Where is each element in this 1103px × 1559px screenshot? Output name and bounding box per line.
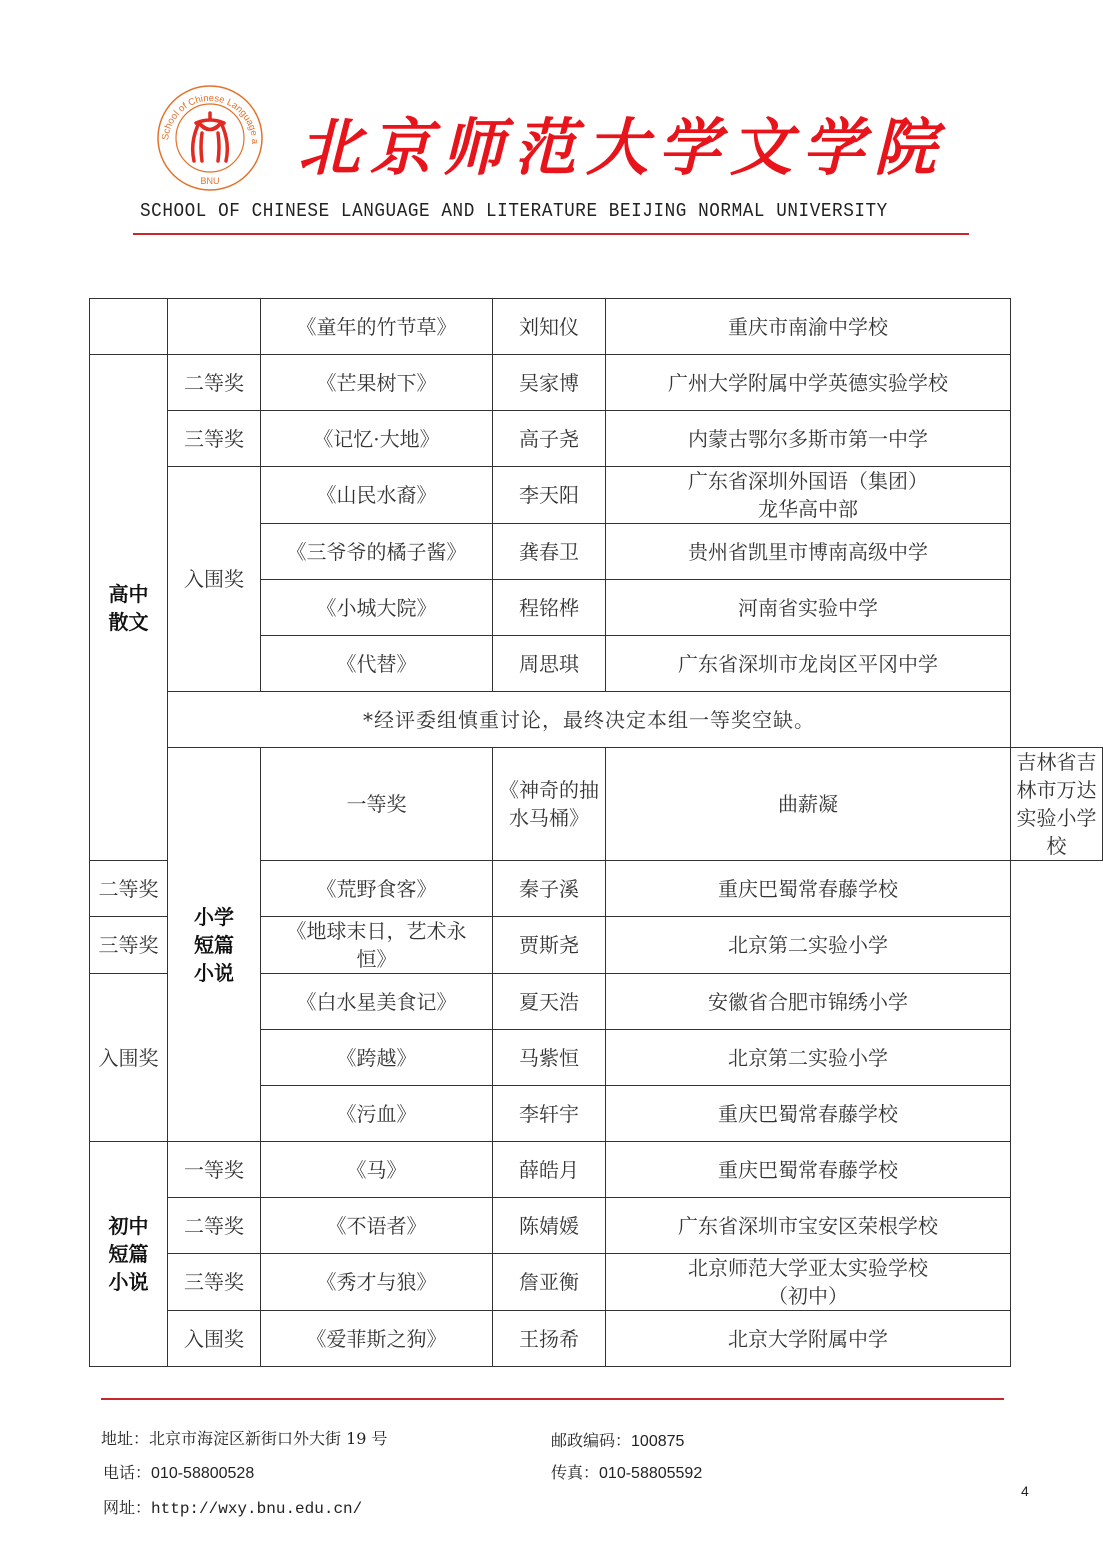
work-title-cell: 《荒野食客》 <box>261 861 493 917</box>
author-cell: 薛皓月 <box>493 1142 606 1198</box>
work-title-cell: 《山民水裔》 <box>261 467 493 524</box>
footer-divider <box>101 1398 1004 1400</box>
author-cell: 龚春卫 <box>493 524 606 580</box>
school-cell: 北京第二实验小学 <box>606 917 1011 974</box>
school-cell: 重庆巴蜀常春藤学校 <box>606 1086 1011 1142</box>
table-row: 三等奖 《记忆·大地》 高子尧 内蒙古鄂尔多斯市第一中学 <box>90 411 1103 467</box>
award-level-cell: 三等奖 <box>168 1254 261 1311</box>
table-row: 入围奖 《山民水裔》 李天阳 广东省深圳外国语（集团） 龙华高中部 <box>90 467 1103 524</box>
work-title-cell: 《爱菲斯之狗》 <box>261 1311 493 1367</box>
author-cell: 夏天浩 <box>493 974 606 1030</box>
category-cell <box>90 299 168 355</box>
category-cell-junior-short-fiction: 初中 短篇 小说 <box>90 1142 168 1367</box>
header-divider <box>133 233 969 235</box>
work-title-cell: 《童年的竹节草》 <box>261 299 493 355</box>
author-cell: 高子尧 <box>493 411 606 467</box>
table-row: 二等奖 《不语者》 陈婧媛 广东省深圳市宝安区荣根学校 <box>90 1198 1103 1254</box>
award-level-cell: 一等奖 <box>168 1142 261 1198</box>
jury-note: *经评委组慎重讨论，最终决定本组一等奖空缺。 <box>168 692 1011 748</box>
school-logo: School of Chinese Language and Literatur… <box>150 83 270 193</box>
table-row: 《童年的竹节草》 刘知仪 重庆市南渝中学校 <box>90 299 1103 355</box>
footer-address: 地址：北京市海淀区新街口外大街 19 号 <box>101 1426 388 1449</box>
work-title-cell: 《小城大院》 <box>261 580 493 636</box>
table-row: 三等奖 《秀才与狼》 詹亚衡 北京师范大学亚太实验学校 （初中） <box>90 1254 1103 1311</box>
award-level-cell: 三等奖 <box>168 411 261 467</box>
author-cell: 吴家博 <box>493 355 606 411</box>
awards-table: 《童年的竹节草》 刘知仪 重庆市南渝中学校 高中 散文 二等奖 《芒果树下》 吴… <box>89 298 1103 1367</box>
author-cell: 王扬希 <box>493 1311 606 1367</box>
work-title-cell: 《记忆·大地》 <box>261 411 493 467</box>
table-row: 初中 短篇 小说 一等奖 《马》 薛皓月 重庆巴蜀常春藤学校 <box>90 1142 1103 1198</box>
author-cell: 周思琪 <box>493 636 606 692</box>
work-title-cell: 《马》 <box>261 1142 493 1198</box>
work-title-cell: 《不语者》 <box>261 1198 493 1254</box>
footer-fax: 传真：010-58805592 <box>551 1460 702 1483</box>
school-name-english: SCHOOL OF CHINESE LANGUAGE AND LITERATUR… <box>140 200 903 222</box>
work-title-cell: 《污血》 <box>261 1086 493 1142</box>
work-title-cell: 《代替》 <box>261 636 493 692</box>
award-level-cell: 二等奖 <box>90 861 168 917</box>
school-cell: 广州大学附属中学英德实验学校 <box>606 355 1011 411</box>
school-cell: 重庆巴蜀常春藤学校 <box>606 1142 1011 1198</box>
website-link[interactable]: http://wxy.bnu.edu.cn/ <box>151 1500 362 1518</box>
award-level-cell: 二等奖 <box>168 1198 261 1254</box>
school-cell: 重庆巴蜀常春藤学校 <box>606 861 1011 917</box>
author-cell: 程铭桦 <box>493 580 606 636</box>
school-cell: 北京大学附属中学 <box>606 1311 1011 1367</box>
table-row: *经评委组慎重讨论，最终决定本组一等奖空缺。 <box>90 692 1103 748</box>
logo-bnu-text: BNU <box>200 176 219 186</box>
table-row: 小学 短篇 小说 一等奖 《神奇的抽水马桶》 曲薪凝 吉林省吉林市万达实验小学校 <box>90 748 1103 861</box>
award-level-cell: 一等奖 <box>261 748 493 861</box>
award-level-cell <box>168 299 261 355</box>
work-title-cell: 《白水星美食记》 <box>261 974 493 1030</box>
table-row: 高中 散文 二等奖 《芒果树下》 吴家博 广州大学附属中学英德实验学校 <box>90 355 1103 411</box>
page-number: 4 <box>1021 1483 1029 1499</box>
table-row: 入围奖 《爱菲斯之狗》 王扬希 北京大学附属中学 <box>90 1311 1103 1367</box>
school-cell: 广东省深圳市宝安区荣根学校 <box>606 1198 1011 1254</box>
author-cell: 陈婧媛 <box>493 1198 606 1254</box>
award-level-cell: 入围奖 <box>168 1311 261 1367</box>
author-cell: 马紫恒 <box>493 1030 606 1086</box>
work-title-cell: 《秀才与狼》 <box>261 1254 493 1311</box>
author-cell: 李天阳 <box>493 467 606 524</box>
work-title-cell: 《地球末日，艺术永 恒》 <box>261 917 493 974</box>
school-cell: 广东省深圳市龙岗区平冈中学 <box>606 636 1011 692</box>
author-cell: 李轩宇 <box>493 1086 606 1142</box>
school-cell: 重庆市南渝中学校 <box>606 299 1011 355</box>
work-title-cell: 《跨越》 <box>261 1030 493 1086</box>
school-cell: 贵州省凯里市博南高级中学 <box>606 524 1011 580</box>
school-name-chinese: 北京师范大学文学院 <box>298 108 938 188</box>
category-cell-primary-short-fiction: 小学 短篇 小说 <box>168 748 261 1142</box>
category-cell-high-school-prose: 高中 散文 <box>90 355 168 861</box>
footer-postcode: 邮政编码：100875 <box>551 1428 684 1451</box>
award-level-cell: 三等奖 <box>90 917 168 974</box>
award-level-cell: 入围奖 <box>90 974 168 1142</box>
author-cell: 詹亚衡 <box>493 1254 606 1311</box>
author-cell: 贾斯尧 <box>493 917 606 974</box>
footer-phone: 电话：010-58800528 <box>103 1460 254 1483</box>
author-cell: 曲薪凝 <box>606 748 1011 861</box>
footer-website: 网址：http://wxy.bnu.edu.cn/ <box>103 1495 362 1518</box>
work-title-cell: 《神奇的抽水马桶》 <box>493 748 606 861</box>
school-cell: 内蒙古鄂尔多斯市第一中学 <box>606 411 1011 467</box>
award-level-cell: 入围奖 <box>168 467 261 692</box>
author-cell: 秦子溪 <box>493 861 606 917</box>
school-cell: 北京第二实验小学 <box>606 1030 1011 1086</box>
award-level-cell: 二等奖 <box>168 355 261 411</box>
work-title-cell: 《芒果树下》 <box>261 355 493 411</box>
school-cell: 北京师范大学亚太实验学校 （初中） <box>606 1254 1011 1311</box>
school-cell: 吉林省吉林市万达实验小学校 <box>1011 748 1103 861</box>
school-cell: 广东省深圳外国语（集团） 龙华高中部 <box>606 467 1011 524</box>
school-cell: 安徽省合肥市锦绣小学 <box>606 974 1011 1030</box>
work-title-cell: 《三爷爷的橘子酱》 <box>261 524 493 580</box>
school-cell: 河南省实验中学 <box>606 580 1011 636</box>
author-cell: 刘知仪 <box>493 299 606 355</box>
